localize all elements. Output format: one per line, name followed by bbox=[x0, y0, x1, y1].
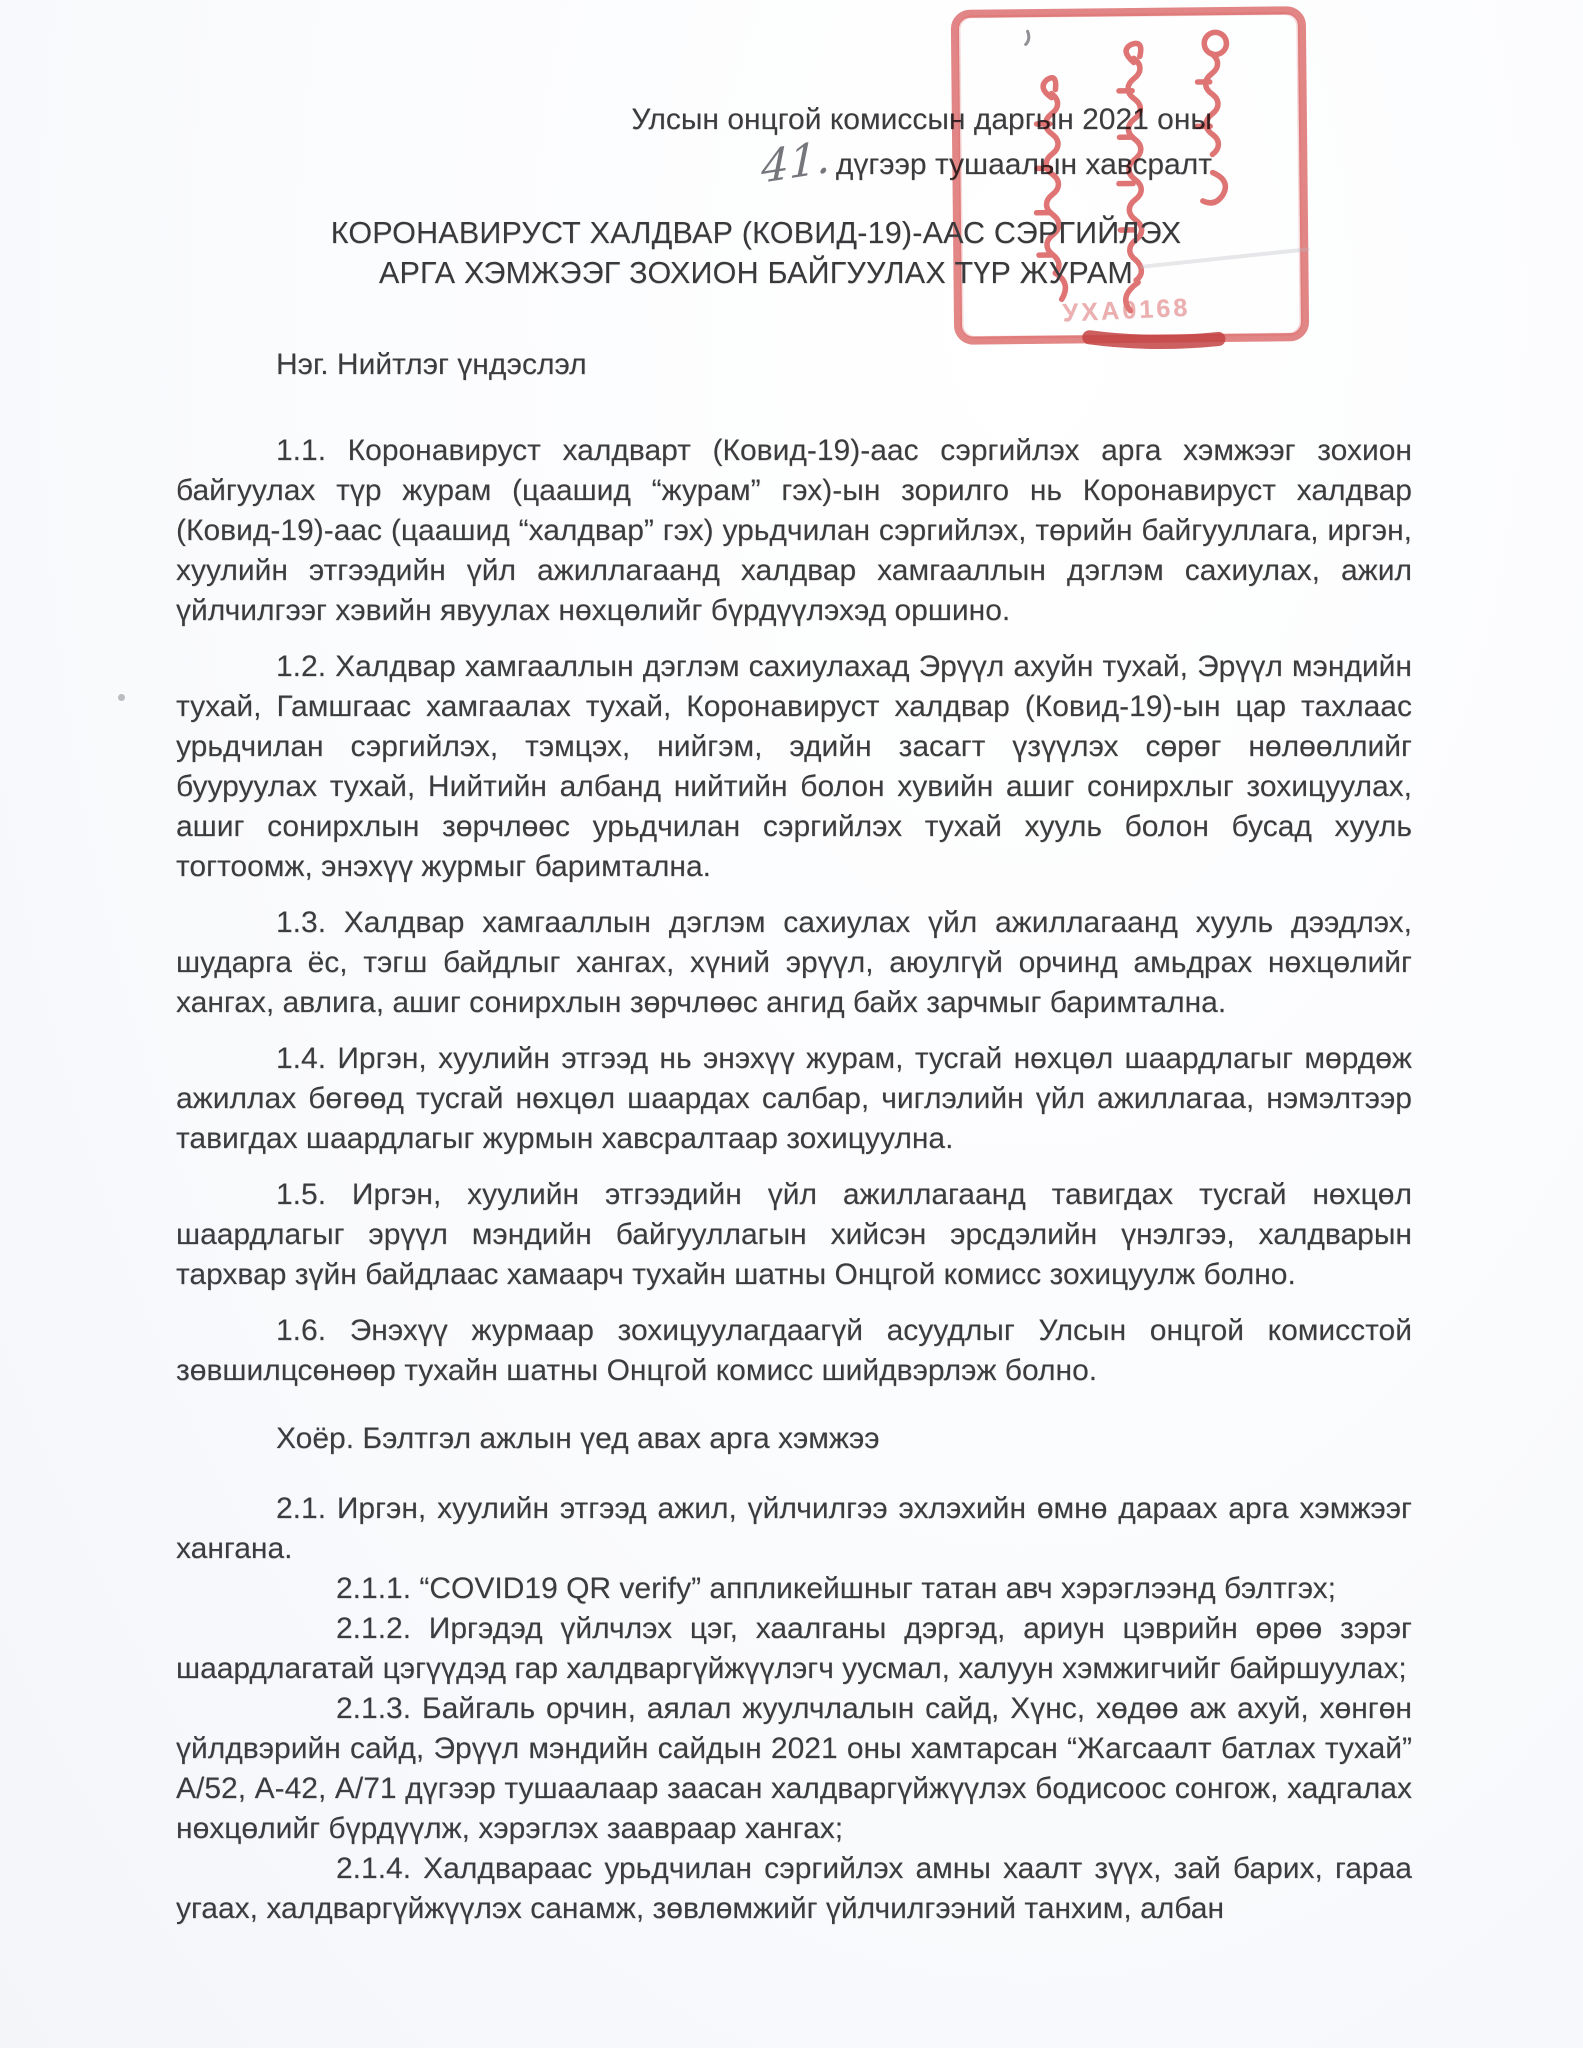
paragraph-2-1-1: 2.1.1. “COVID19 QR verify” аппликейшныг … bbox=[176, 1569, 1412, 1609]
appendix-annotation: Улсын онцгой комиссын даргын 2021 оны 41… bbox=[631, 100, 1212, 185]
scan-dot-artifact bbox=[118, 694, 125, 701]
paragraph-1-3: 1.3. Халдвар хамгааллын дэглэм сахиулах … bbox=[176, 903, 1412, 1023]
paragraph-1-6: 1.6. Энэхүү журмаар зохицуулагдаагүй асу… bbox=[176, 1311, 1412, 1391]
title-line-2: АРГА ХЭМЖЭЭГ ЗОХИОН БАЙГУУЛАХ ТҮР ЖУРАМ bbox=[176, 253, 1336, 293]
document-body: Нэг. Нийтлэг үндэслэл 1.1. Коронавируст … bbox=[176, 345, 1412, 1929]
stamp-code: УХА0168 bbox=[1062, 294, 1191, 328]
paragraph-2-1-3: 2.1.3. Байгаль орчин, аялал жуулчлалын с… bbox=[176, 1689, 1412, 1849]
title-line-1: КОРОНАВИРУСТ ХАЛДВАР (КОВИД-19)-ААС СЭРГ… bbox=[176, 213, 1336, 253]
annotation-line-2: дүгээр тушаалын хавсралт bbox=[836, 148, 1212, 181]
section-two-heading: Хоёр. Бэлтгэл ажлын үед авах арга хэмжээ bbox=[176, 1419, 1412, 1459]
paragraph-1-5: 1.5. Иргэн, хуулийн этгээдийн үйл ажилла… bbox=[176, 1175, 1412, 1295]
paragraph-1-1: 1.1. Коронавируст халдварт (Ковид-19)-аа… bbox=[176, 431, 1412, 631]
paragraph-2-1: 2.1. Иргэн, хуулийн этгээд ажил, үйлчилг… bbox=[176, 1489, 1412, 1569]
scanned-document-page: Улсын онцгой комиссын даргын 2021 оны 41… bbox=[0, 0, 1583, 2048]
annotation-line-2-row: 41.дүгээр тушаалын хавсралт bbox=[631, 140, 1212, 185]
paragraph-1-4: 1.4. Иргэн, хуулийн этгээд нь энэхүү жур… bbox=[176, 1039, 1412, 1159]
annotation-line-1: Улсын онцгой комиссын даргын 2021 оны bbox=[631, 100, 1212, 140]
section-one-heading: Нэг. Нийтлэг үндэслэл bbox=[176, 345, 1412, 385]
paragraph-2-1-2: 2.1.2. Иргэдэд үйлчлэх цэг, хаалганы дэр… bbox=[176, 1609, 1412, 1689]
stamp-bottom-smudge bbox=[1089, 336, 1218, 343]
ink-speck bbox=[1026, 31, 1029, 44]
handwritten-order-number: 41. bbox=[761, 137, 831, 189]
document-title: КОРОНАВИРУСТ ХАЛДВАР (КОВИД-19)-ААС СЭРГ… bbox=[176, 213, 1336, 293]
paragraph-2-1-4: 2.1.4. Халдвараас урьдчилан сэргийлэх ам… bbox=[176, 1849, 1412, 1929]
paragraph-1-2: 1.2. Халдвар хамгааллын дэглэм сахиулаха… bbox=[176, 647, 1412, 887]
